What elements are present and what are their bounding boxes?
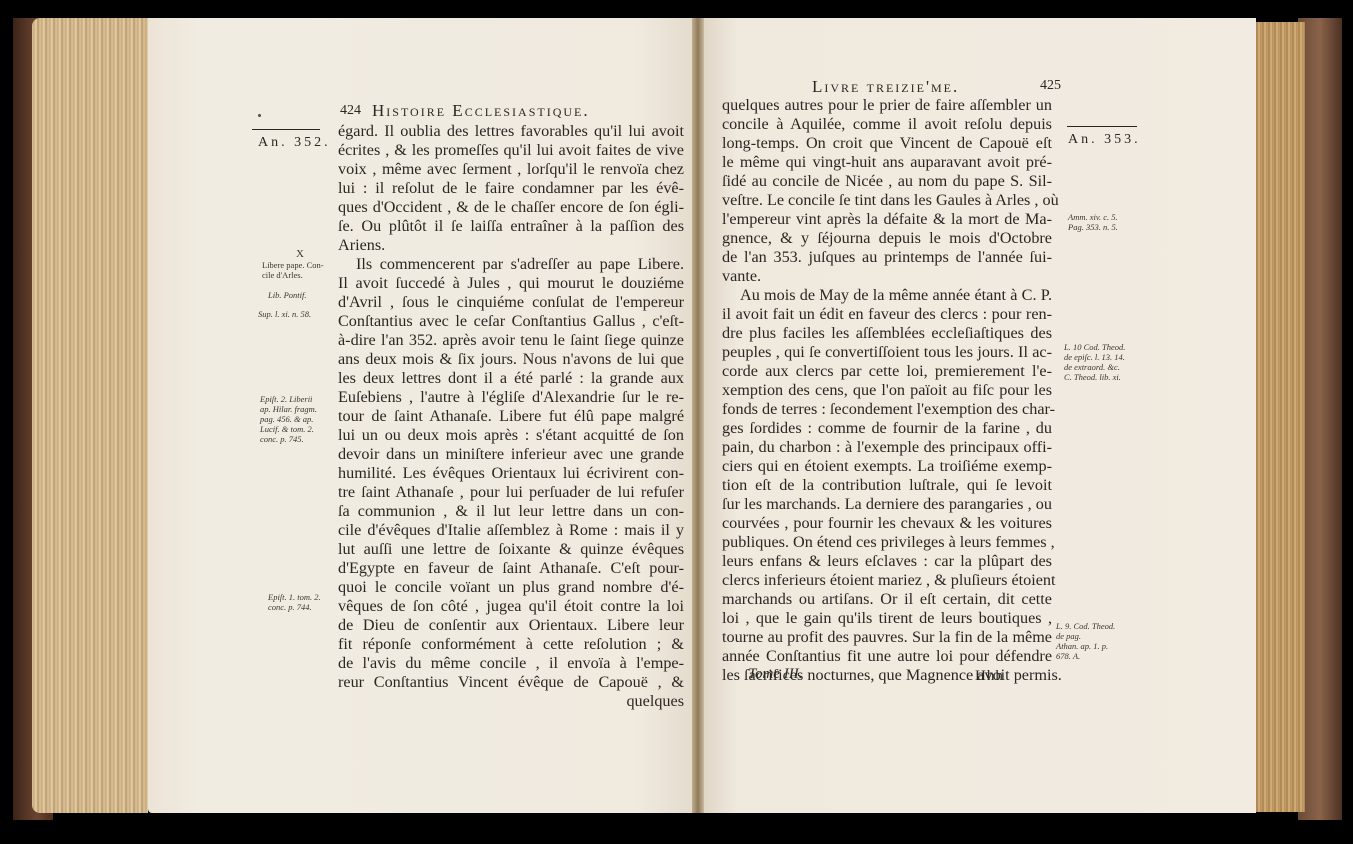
page-edges-left [32,18,148,813]
right-running-head: Livre treizie'me. [812,77,959,97]
right-body-text: quelques autres pour le prier de faire a… [722,96,1052,685]
book-gutter [692,18,704,813]
ornament-dot [258,114,261,117]
margin-note-sup: Sup. l. xi. n. 58. [258,309,311,319]
margin-note-epist2: Epiſt. 2. Liberii ap. Hilar. fragm. pag.… [260,394,317,444]
footer-tome: Tome III. [748,666,802,683]
margin-note-lib-pontif: Lib. Pontif. [268,290,307,300]
section-marker: X [296,249,304,259]
margin-note-summary: Libere pape. Con- cile d'Arles. [262,260,324,280]
margin-year-right: An. 353. [1068,132,1141,148]
footer-signature: Hhh [975,668,1004,685]
left-running-head: Histoire Ecclesiastique. [372,101,590,121]
margin-note-epist1: Epiſt. 1. tom. 2. conc. p. 744. [268,592,321,612]
left-page-number: 424 [340,103,361,119]
margin-note-cod-theod-10: L. 10 Cod. Theod. de epiſc. l. 13. 14. d… [1064,342,1125,382]
left-body-text: égard. Il oublia des lettres favorables … [338,122,684,711]
catchword: quelques [338,692,684,711]
margin-rule [1067,126,1137,127]
page-edges-right [1255,22,1305,812]
margin-note-amm: Amm. xiv. c. 5. Pag. 353. n. 5. [1068,212,1118,232]
right-page-number: 425 [1040,78,1061,94]
margin-year-left: An. 352. [258,135,331,151]
margin-rule [252,129,320,130]
margin-note-cod-theod-9: L. 9. Cod. Theod. de pag. Athan. ap. 1. … [1056,621,1115,661]
